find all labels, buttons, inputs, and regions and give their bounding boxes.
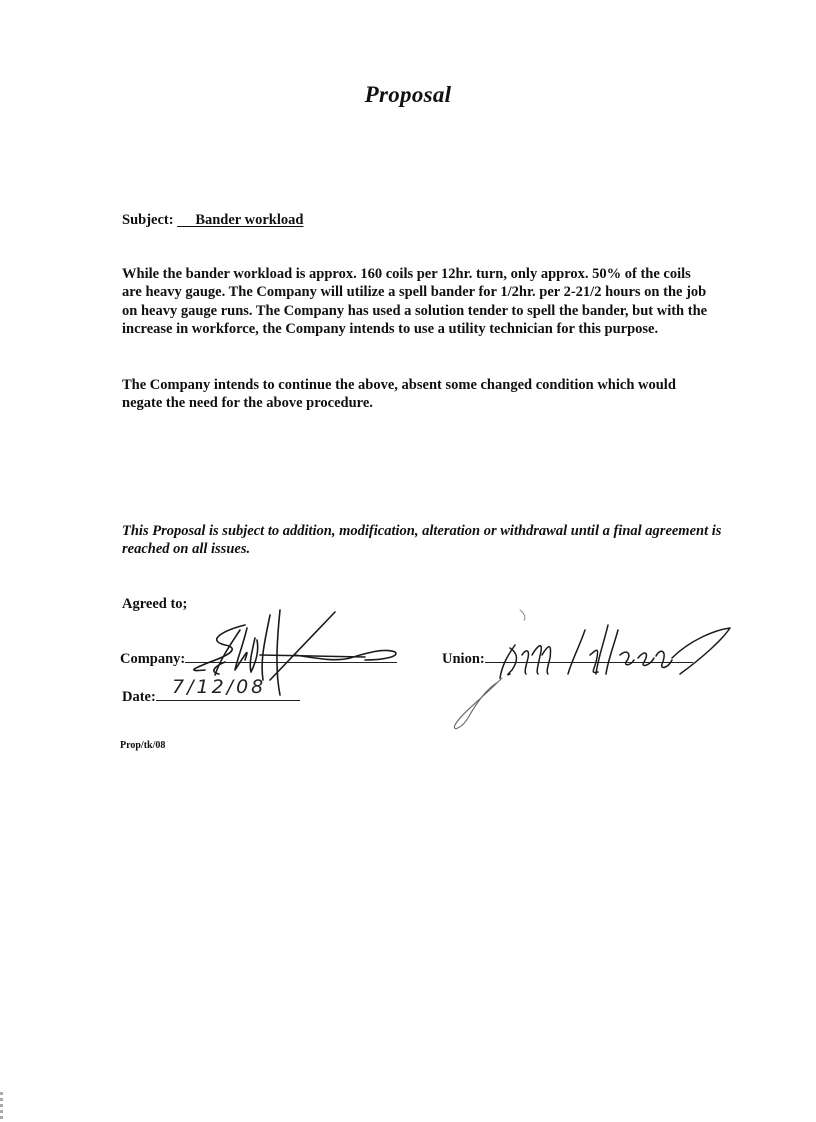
union-label: Union: — [442, 651, 485, 667]
handwritten-date: 7/12/08 — [172, 676, 266, 698]
company-signature-underline — [185, 650, 397, 663]
document-title: Proposal — [0, 82, 816, 108]
union-signature-line: Union: — [442, 650, 693, 668]
company-signature-line: Company: — [120, 650, 397, 668]
subject-line: Subject: Bander workload — [122, 212, 303, 229]
disclaimer-text: This Proposal is subject to addition, mo… — [122, 522, 722, 559]
company-label: Company: — [120, 651, 185, 667]
subject-label: Subject: — [122, 212, 174, 228]
paragraph-continuation: The Company intends to continue the abov… — [122, 376, 712, 413]
paragraph-workload: While the bander workload is approx. 160… — [122, 265, 712, 339]
union-signature-underline — [485, 650, 693, 663]
scan-edge-mark — [0, 1092, 3, 1120]
agreed-label: Agreed to; — [122, 596, 187, 613]
subject-value: Bander workload — [177, 212, 303, 229]
date-label: Date: — [122, 689, 156, 705]
footer-reference-code: Prop/tk/08 — [120, 740, 165, 751]
